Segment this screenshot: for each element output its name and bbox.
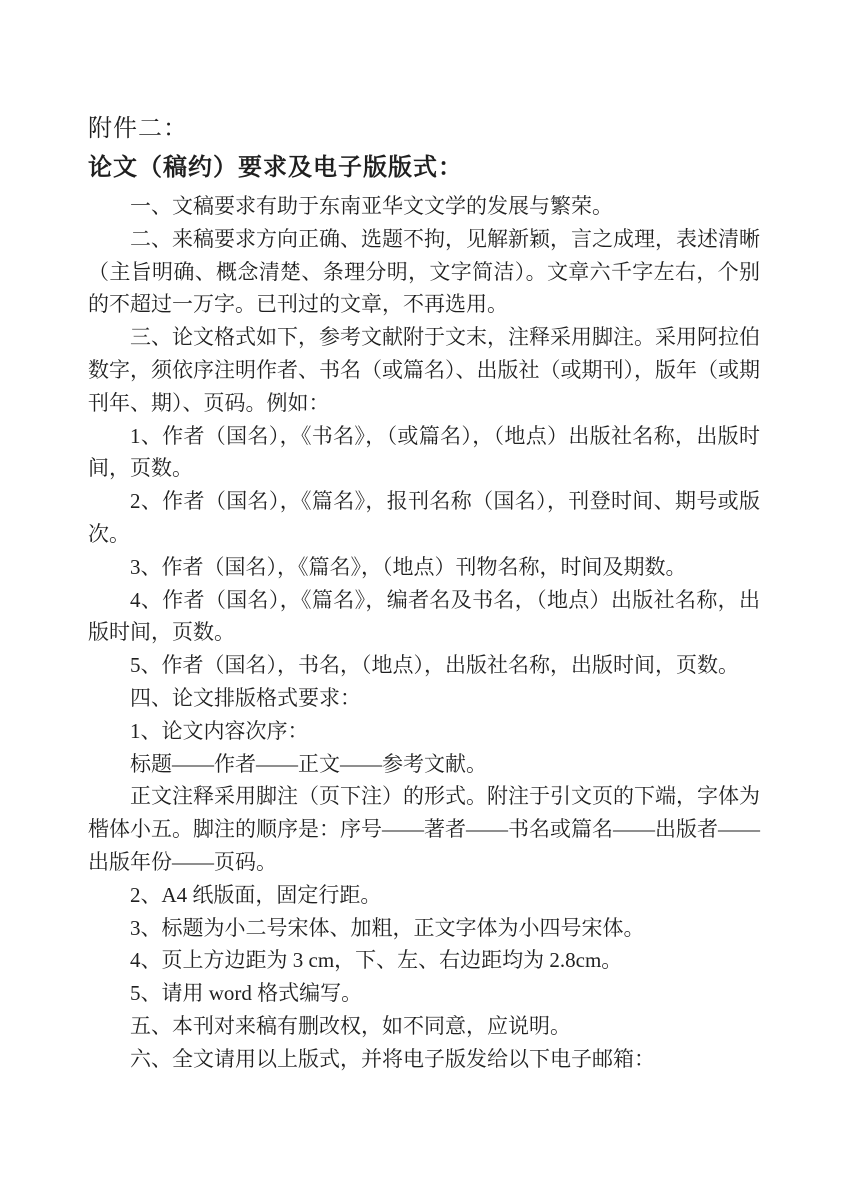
paragraph-layout-2: 2、A4 纸版面，固定行距。 bbox=[88, 879, 760, 912]
document-content: 附件二： 论文（稿约）要求及电子版版式： 一、文稿要求有助于东南亚华文文学的发展… bbox=[88, 110, 760, 1076]
paragraph-layout-3: 3、标题为小二号宋体、加粗，正文字体为小四号宋体。 bbox=[88, 912, 760, 945]
paragraph-example-5: 5、作者（国名），书名，（地点），出版社名称，出版时间，页数。 bbox=[88, 649, 760, 682]
paragraph-footnote-format: 正文注释采用脚注（页下注）的形式。附注于引文页的下端，字体为楷体小五。脚注的顺序… bbox=[88, 780, 760, 878]
paragraph-example-3: 3、作者（国名），《篇名》，（地点）刊物名称，时间及期数。 bbox=[88, 551, 760, 584]
paragraph-layout-5: 5、请用 word 格式编写。 bbox=[88, 977, 760, 1010]
paragraph-item-1: 一、文稿要求有助于东南亚华文文学的发展与繁荣。 bbox=[88, 190, 760, 223]
paragraph-example-2: 2、作者（国名），《篇名》，报刊名称（国名），刊登时间、期号或版次。 bbox=[88, 485, 760, 551]
paragraph-content-order: 标题——作者——正文——参考文献。 bbox=[88, 748, 760, 781]
paragraph-layout-4: 4、页上方边距为 3 cm，下、左、右边距均为 2.8cm。 bbox=[88, 944, 760, 977]
paragraph-item-4: 四、论文排版格式要求： bbox=[88, 682, 760, 715]
paragraph-item-5: 五、本刊对来稿有删改权，如不同意，应说明。 bbox=[88, 1010, 760, 1043]
paragraph-example-1: 1、作者（国名），《书名》，（或篇名），（地点）出版社名称，出版时间，页数。 bbox=[88, 420, 760, 486]
paragraph-item-3: 三、论文格式如下，参考文献附于文末，注释采用脚注。采用阿拉伯数字，须依序注明作者… bbox=[88, 321, 760, 419]
document-body: 一、文稿要求有助于东南亚华文文学的发展与繁荣。 二、来稿要求方向正确、选题不拘，… bbox=[88, 190, 760, 1076]
attachment-label: 附件二： bbox=[88, 110, 760, 148]
document-page: 附件二： 论文（稿约）要求及电子版版式： 一、文稿要求有助于东南亚华文文学的发展… bbox=[0, 0, 848, 1200]
paragraph-example-4: 4、作者（国名），《篇名》，编者名及书名，（地点）出版社名称，出版时间，页数。 bbox=[88, 584, 760, 650]
paragraph-item-2: 二、来稿要求方向正确、选题不拘，见解新颖，言之成理，表述清晰（主旨明确、概念清楚… bbox=[88, 223, 760, 321]
paragraph-item-6: 六、全文请用以上版式，并将电子版发给以下电子邮箱： bbox=[88, 1043, 760, 1076]
document-title: 论文（稿约）要求及电子版版式： bbox=[88, 148, 760, 188]
paragraph-layout-1: 1、论文内容次序： bbox=[88, 715, 760, 748]
